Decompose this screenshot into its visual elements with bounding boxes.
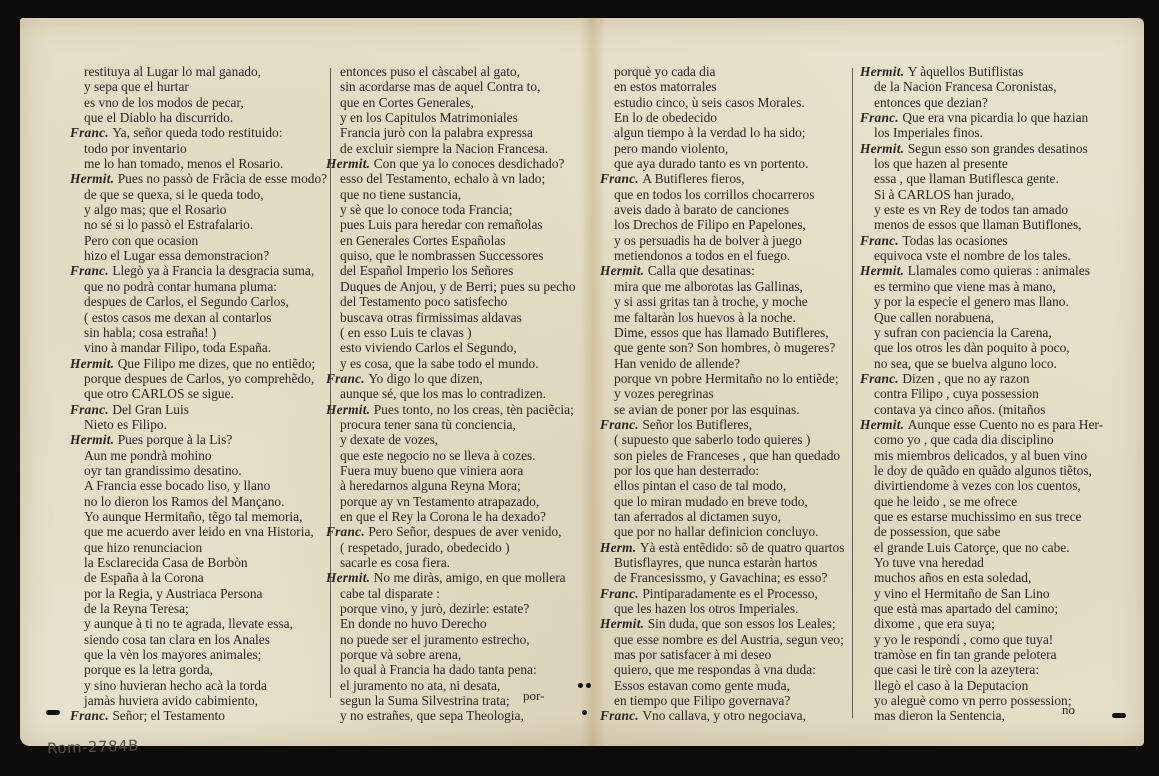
- text-line: porque ay vn Testamento atrapazado,: [326, 494, 575, 509]
- line-text: Pues tonto, no los creas, tèn paciẽcia;: [374, 402, 574, 417]
- text-line: mira que me alborotas las Gallinas,: [600, 279, 844, 294]
- text-line: ellos pintan el caso de tal modo,: [600, 478, 844, 493]
- text-line: entonces que dezian?: [860, 95, 1103, 110]
- text-line: y vozes peregrinas: [600, 386, 844, 401]
- text-line: porque es la letra gorda,: [70, 662, 327, 677]
- text-line: que no tiene sustancia,: [326, 187, 575, 202]
- text-line: que casi le tirè con la azeytera:: [860, 662, 1103, 677]
- text-line: Franc. Ya, señor queda todo restituido:: [70, 125, 327, 140]
- text-line: y si assi gritas tan à troche, y moche: [600, 294, 844, 309]
- text-line: que por no hallar definicion concluyo.: [600, 524, 844, 539]
- text-line: que esse nombre es del Austria, segun ve…: [600, 632, 844, 647]
- text-line: quiero, que me respondas à vna duda:: [600, 662, 844, 677]
- speaker-label: Franc.: [600, 708, 642, 723]
- text-line: En lo de obedecido: [600, 110, 844, 125]
- text-line: que el Diablo ha discurrido.: [70, 110, 327, 125]
- text-line: por los que han desterrado:: [600, 463, 844, 478]
- speaker-label: Hermit.: [70, 171, 118, 186]
- text-line: que gente son? Son hombres, ò mugeres?: [600, 340, 844, 355]
- speaker-label: Franc.: [70, 402, 112, 417]
- line-text: Ya, señor queda todo restituido:: [112, 125, 282, 140]
- text-line: por la Regia, y Austriaca Persona: [70, 586, 327, 601]
- line-text: Llamales como quieras : animales: [908, 263, 1090, 278]
- text-line: y yo le respondí , como que tuya!: [860, 632, 1103, 647]
- text-line: Franc. A Butifleres fieros,: [600, 171, 844, 186]
- text-line: los Drechos de Filipo en Papelones,: [600, 217, 844, 232]
- speaker-label: Hermit.: [326, 156, 374, 171]
- text-line: oyr tan grandissimo desatino.: [70, 463, 327, 478]
- text-line: que es estarse muchissimo en sus trece: [860, 509, 1103, 524]
- text-line: restituya al Lugar lo mal ganado,: [70, 64, 327, 79]
- text-line: entonces puso el càscabel al gato,: [326, 64, 575, 79]
- text-line: Hermit. Calla que desatinas:: [600, 263, 844, 278]
- text-line: Hermit. Llamales como quieras : animales: [860, 263, 1103, 278]
- speaker-label: Hermit.: [70, 432, 118, 447]
- speaker-label: Franc.: [600, 417, 642, 432]
- speaker-label: Franc.: [70, 263, 112, 278]
- text-line: el grande Luis Catorçe, que no cabe.: [860, 540, 1103, 555]
- line-text: Aunque esse Cuento no es para Her-: [908, 417, 1103, 432]
- column-rule-right: [852, 68, 853, 718]
- text-line: pues Luis para heredar con remañolas: [326, 217, 575, 232]
- text-line: y no estrañes, que sepa Theologia,: [326, 708, 575, 723]
- text-line: Fuera muy bueno que viniera aora: [326, 463, 575, 478]
- text-line: Hermit. Pues porque à la Lis?: [70, 432, 327, 447]
- text-line: de possession, que sabe: [860, 524, 1103, 539]
- speaker-label: Hermit.: [70, 356, 118, 371]
- speaker-label: Franc.: [326, 371, 368, 386]
- text-line: Hermit. Pues tonto, no los creas, tèn pa…: [326, 402, 575, 417]
- text-line: cabe tal disparate :: [326, 586, 575, 601]
- text-line: de España à la Corona: [70, 570, 327, 585]
- text-line: Hermit. Y àquellos Butiflistas: [860, 64, 1103, 79]
- text-line: Francia jurò con la palabra expressa: [326, 125, 575, 140]
- text-line: contra Filipo , cuya possession: [860, 386, 1103, 401]
- text-line: divirtiendome à vezes con los cuentos,: [860, 478, 1103, 493]
- speaker-label: Hermit.: [860, 417, 908, 432]
- text-line: sin acordarse mas de aquel Contra to,: [326, 79, 575, 94]
- text-line: se avian de poner por las esquinas.: [600, 402, 844, 417]
- text-line: que en todos los corrillos chocarreros: [600, 187, 844, 202]
- text-line: en Generales Cortes Españolas: [326, 233, 575, 248]
- text-line: del Testamento poco satisfecho: [326, 294, 575, 309]
- text-line: que los otros les dàn poquito à poco,: [860, 340, 1103, 355]
- speaker-label: Franc.: [860, 233, 902, 248]
- speaker-label: Hermit.: [600, 616, 648, 631]
- text-line: Hermit. Que Filipo me dizes, que no enti…: [70, 356, 327, 371]
- line-text: Vno callava, y otro negociava,: [642, 708, 806, 723]
- text-line: y dexate de vozes,: [326, 432, 575, 447]
- line-text: Sin duda, que son essos los Leales;: [648, 616, 836, 631]
- line-text: Segun esso son grandes desatinos: [908, 141, 1088, 156]
- text-line: de la Reyna Teresa;: [70, 601, 327, 616]
- text-line: metiendonos a todos en el fuego.: [600, 248, 844, 263]
- line-text: Señor los Butifleres,: [642, 417, 752, 432]
- speaker-label: Hermit.: [860, 141, 908, 156]
- line-text: Calla que desatinas:: [648, 263, 755, 278]
- text-line: sin habla; cosa estraña! ): [70, 325, 327, 340]
- text-line: tramòse en fin tan grande pelotera: [860, 647, 1103, 662]
- text-line: ( estos casos me dexan al contarlos: [70, 310, 327, 325]
- line-text: No me diràs, amigo, en que mollera: [374, 570, 566, 585]
- text-line: Han venido de allende?: [600, 356, 844, 371]
- text-line: porque vn pobre Hermitaño no lo entiẽde;: [600, 371, 844, 386]
- text-line: que hizo renunciacion: [70, 540, 327, 555]
- text-line: que les hazen los otros Imperiales.: [600, 601, 844, 616]
- catchword-left: por-: [523, 688, 544, 704]
- text-line: del Español Imperio los Señores: [326, 263, 575, 278]
- text-line: Franc. Todas las ocasiones: [860, 233, 1103, 248]
- line-text: Dizen , que no ay razon: [902, 371, 1029, 386]
- text-line: procura tener sana tù conciencia,: [326, 417, 575, 432]
- text-line: Yo tuve vna heredad: [860, 555, 1103, 570]
- text-line: lo qual à Francia ha dado tanta pena:: [326, 662, 575, 677]
- line-text: Del Gran Luis: [112, 402, 189, 417]
- text-line: en tiempo que Filipo governava?: [600, 693, 844, 708]
- text-line: Hermit. Aunque esse Cuento no es para He…: [860, 417, 1103, 432]
- text-line: que lo miran mudado en breve todo,: [600, 494, 844, 509]
- text-line: que aya durado tanto es vn portento.: [600, 156, 844, 171]
- text-line: de Francesissmo, y Gavachina; es esso?: [600, 570, 844, 585]
- line-text: Yo digo lo que dizen,: [368, 371, 482, 386]
- line-text: Pero Señor, despues de aver venido,: [368, 524, 561, 539]
- text-line: mas por satisfacer à mi deseo: [600, 647, 844, 662]
- text-line: que no podrà contar humana pluma:: [70, 279, 327, 294]
- text-line: de la Nacion Francesa Coronistas,: [860, 79, 1103, 94]
- binding-hole: [582, 710, 587, 715]
- speaker-label: Franc.: [70, 708, 112, 723]
- text-line: ( respetado, jurado, obedecido ): [326, 540, 575, 555]
- text-line: Franc. Vno callava, y otro negociava,: [600, 708, 844, 723]
- text-line: que la vèn los mayores animales;: [70, 647, 327, 662]
- text-line: porquè yo cada dia: [600, 64, 844, 79]
- text-line: aveis dado à barato de canciones: [600, 202, 844, 217]
- text-line: Franc. Del Gran Luis: [70, 402, 327, 417]
- text-line: Hermit. Segun esso son grandes desatinos: [860, 141, 1103, 156]
- text-line: y aunque à ti no te agrada, llevate essa…: [70, 616, 327, 631]
- line-text: Llegò ya à Francia la desgracia suma,: [112, 263, 314, 278]
- line-text: A Butifleres fieros,: [642, 171, 744, 186]
- text-line: y os persuadis ha de bolver à juego: [600, 233, 844, 248]
- binding-hole: [578, 683, 583, 688]
- text-line: Franc. Señor; el Testamento: [70, 708, 327, 723]
- text-line: no sé si lo passò el Estrafalario.: [70, 217, 327, 232]
- speaker-label: Hermit.: [860, 263, 908, 278]
- speaker-label: Franc.: [860, 110, 902, 125]
- text-line: como yo , que cada dia disciplino: [860, 432, 1103, 447]
- text-line: equivoca vste el nombre de los tales.: [860, 248, 1103, 263]
- text-line: menos de essos que llaman Butiflones,: [860, 217, 1103, 232]
- document-sheet: restituya al Lugar lo mal ganado,y sepa …: [20, 18, 1144, 746]
- text-line: en estos matorrales: [600, 79, 844, 94]
- text-line: muchos años en esta soledad,: [860, 570, 1103, 585]
- line-text: Yà està entẽdido: sõ de quatro quartos: [640, 540, 845, 555]
- text-line: de que se quexa, si le queda todo,: [70, 187, 327, 202]
- text-line: que me acuerdo aver leido en vna Histori…: [70, 524, 327, 539]
- text-line: Duques de Anjou, y de Berri; pues su pec…: [326, 279, 575, 294]
- text-line: hizo el Lugar essa demonstracion?: [70, 248, 327, 263]
- text-line: Aun me pondrà mohino: [70, 448, 327, 463]
- text-line: à heredarnos alguna Reyna Mora;: [326, 478, 575, 493]
- speaker-label: Hermit.: [860, 64, 908, 79]
- speaker-label: Franc.: [600, 586, 642, 601]
- text-line: Franc. Señor los Butifleres,: [600, 417, 844, 432]
- text-line: que este negocio no se lleva à cozes.: [326, 448, 575, 463]
- text-line: y es cosa, que la sabe todo el mundo.: [326, 356, 575, 371]
- speaker-label: Herm.: [600, 540, 640, 555]
- text-line: le doy de quãdo en quãdo algunos tiẽtos,: [860, 463, 1103, 478]
- text-line: tan aferrados al dictamen suyo,: [600, 509, 844, 524]
- text-line: y sè que lo conoce toda Francia;: [326, 202, 575, 217]
- binding-hole: [586, 683, 591, 688]
- text-line: y vino el Hermitaño de San Lino: [860, 586, 1103, 601]
- text-line: Si à CARLOS han jurado,: [860, 187, 1103, 202]
- text-line: algun tiempo à la verdad lo ha sido;: [600, 125, 844, 140]
- line-text: Todas las ocasiones: [902, 233, 1007, 248]
- text-line: me lo han tomado, menos el Rosario.: [70, 156, 327, 171]
- text-line: es termino que viene mas à mano,: [860, 279, 1103, 294]
- text-line: y en los Capitulos Matrimoniales: [326, 110, 575, 125]
- speaker-label: Hermit.: [326, 570, 374, 585]
- text-line: no puede ser el juramento estrecho,: [326, 632, 575, 647]
- line-text: Pues no passò de Frãcia de esse modo?: [118, 171, 327, 186]
- text-line: pero mando violento,: [600, 141, 844, 156]
- speaker-label: Franc.: [600, 171, 642, 186]
- text-line: y sino huvieran hecho acà la torda: [70, 678, 327, 693]
- archive-mark: Rom-2784B: [47, 736, 139, 757]
- text-line: los Imperiales finos.: [860, 125, 1103, 140]
- text-line: y este es vn Rey de todos tan amado: [860, 202, 1103, 217]
- left-page-column-1: restituya al Lugar lo mal ganado,y sepa …: [70, 64, 327, 724]
- text-line: me faltaràn los huevos à la noche.: [600, 310, 844, 325]
- text-line: Herm. Yà està entẽdido: sõ de quatro qua…: [600, 540, 844, 555]
- text-line: Hermit. Con que ya lo conoces desdichado…: [326, 156, 575, 171]
- binding-hole: [1112, 713, 1126, 718]
- text-line: no lo dieron los Ramos del Mançano.: [70, 494, 327, 509]
- text-line: sacarle es cosa fiera.: [326, 555, 575, 570]
- text-line: jamàs huviera avido cabimiento,: [70, 693, 327, 708]
- text-line: Yo aunque Hermitaño, tẽgo tal memoria,: [70, 509, 327, 524]
- text-line: dixome , que era suya;: [860, 616, 1103, 631]
- text-line: de excluir siempre la Nacion Francesa.: [326, 141, 575, 156]
- text-line: mis miembros delicados, y al buen vino: [860, 448, 1103, 463]
- text-line: Franc. Dizen , que no ay razon: [860, 371, 1103, 386]
- text-line: Que callen norabuena,: [860, 310, 1103, 325]
- text-line: porque despues de Carlos, yo comprehẽdo,: [70, 371, 327, 386]
- text-line: no sea, que se buelva alguno loco.: [860, 356, 1103, 371]
- text-line: Pero con que ocasion: [70, 233, 327, 248]
- line-text: Que era vna picardia lo que hazian: [902, 110, 1088, 125]
- text-line: y sufran con paciencia la Carena,: [860, 325, 1103, 340]
- right-page-column-2: Hermit. Y àquellos Butiflistasde la Naci…: [860, 64, 1103, 724]
- text-line: estudio cinco, ù seis casos Morales.: [600, 95, 844, 110]
- speaker-label: Franc.: [860, 371, 902, 386]
- right-page-column-1: porquè yo cada diaen estos matorralesest…: [600, 64, 844, 724]
- speaker-label: Hermit.: [326, 402, 374, 417]
- text-line: esto viviendo Carlos el Segundo,: [326, 340, 575, 355]
- text-line: llegò el caso à la Deputacion: [860, 678, 1103, 693]
- speaker-label: Hermit.: [600, 263, 648, 278]
- binding-hole: [46, 710, 60, 715]
- text-line: Nieto es Filipo.: [70, 417, 327, 432]
- text-line: aunque sé, que los mas lo contradizen.: [326, 386, 575, 401]
- text-line: A Francia esse bocado liso, y llano: [70, 478, 327, 493]
- line-text: Que Filipo me dizes, que no entiẽdo;: [118, 356, 315, 371]
- text-line: Dime, essos que has llamado Butifleres,: [600, 325, 844, 340]
- text-line: ( supuesto que saberlo todo quieres ): [600, 432, 844, 447]
- catchword-right: no: [1062, 702, 1075, 718]
- text-line: Franc. Pintiparadamente es el Processo,: [600, 586, 844, 601]
- text-line: porque vino, y jurò, dezirle: estate?: [326, 601, 575, 616]
- text-line: que he leido , se me ofrece: [860, 494, 1103, 509]
- left-page-column-2: entonces puso el càscabel al gato,sin ac…: [326, 64, 575, 724]
- text-line: y sepa que el hurtar: [70, 79, 327, 94]
- text-line: despues de Carlos, el Segundo Carlos,: [70, 294, 327, 309]
- text-line: Hermit. Sin duda, que son essos los Leal…: [600, 616, 844, 631]
- text-line: son pieles de Franceses , que han quedad…: [600, 448, 844, 463]
- text-line: En donde no huvo Derecho: [326, 616, 575, 631]
- text-line: siendo cosa tan clara en los Anales: [70, 632, 327, 647]
- text-line: vino à mandar Filipo, toda España.: [70, 340, 327, 355]
- text-line: la Esclarecida Casa de Borbòn: [70, 555, 327, 570]
- text-line: Butisflayres, que nunca estaràn hartos: [600, 555, 844, 570]
- text-line: todo por inventario: [70, 141, 327, 156]
- text-line: Franc. Que era vna picardia lo que hazia…: [860, 110, 1103, 125]
- text-line: contava ya cinco años. (mitaños: [860, 402, 1103, 417]
- text-line: porque và sobre arena,: [326, 647, 575, 662]
- text-line: quiso, que le nombrassen Successores: [326, 248, 575, 263]
- text-line: que en Cortes Generales,: [326, 95, 575, 110]
- text-line: y por la especie el genero mas llano.: [860, 294, 1103, 309]
- text-line: que otro CARLOS se sigue.: [70, 386, 327, 401]
- line-text: Pues porque à la Lis?: [118, 432, 233, 447]
- speaker-label: Franc.: [70, 125, 112, 140]
- line-text: Y àquellos Butiflistas: [908, 64, 1024, 79]
- text-line: Franc. Pero Señor, despues de aver venid…: [326, 524, 575, 539]
- text-line: Hermit. Pues no passò de Frãcia de esse …: [70, 171, 327, 186]
- text-line: que està mas apartado del camino;: [860, 601, 1103, 616]
- text-line: Essos estavan como gente muda,: [600, 678, 844, 693]
- speaker-label: Franc.: [326, 524, 368, 539]
- text-line: Hermit. No me diràs, amigo, en que molle…: [326, 570, 575, 585]
- text-line: los que hazen al presente: [860, 156, 1103, 171]
- text-line: en que el Rey la Corona le ha dexado?: [326, 509, 575, 524]
- line-text: Con que ya lo conoces desdichado?: [374, 156, 565, 171]
- text-line: ( en esso Luis te clavas ): [326, 325, 575, 340]
- text-line: y algo mas; que el Rosario: [70, 202, 327, 217]
- line-text: Señor; el Testamento: [112, 708, 225, 723]
- text-line: essa , que llaman Butiflesca gente.: [860, 171, 1103, 186]
- text-line: es vno de los modos de pecar,: [70, 95, 327, 110]
- text-line: Franc. Yo digo lo que dizen,: [326, 371, 575, 386]
- text-line: Franc. Llegò ya à Francia la desgracia s…: [70, 263, 327, 278]
- text-line: buscava otras firmissimas aldavas: [326, 310, 575, 325]
- text-line: esso del Testamento, echalo à vn lado;: [326, 171, 575, 186]
- line-text: Pintiparadamente es el Processo,: [642, 586, 818, 601]
